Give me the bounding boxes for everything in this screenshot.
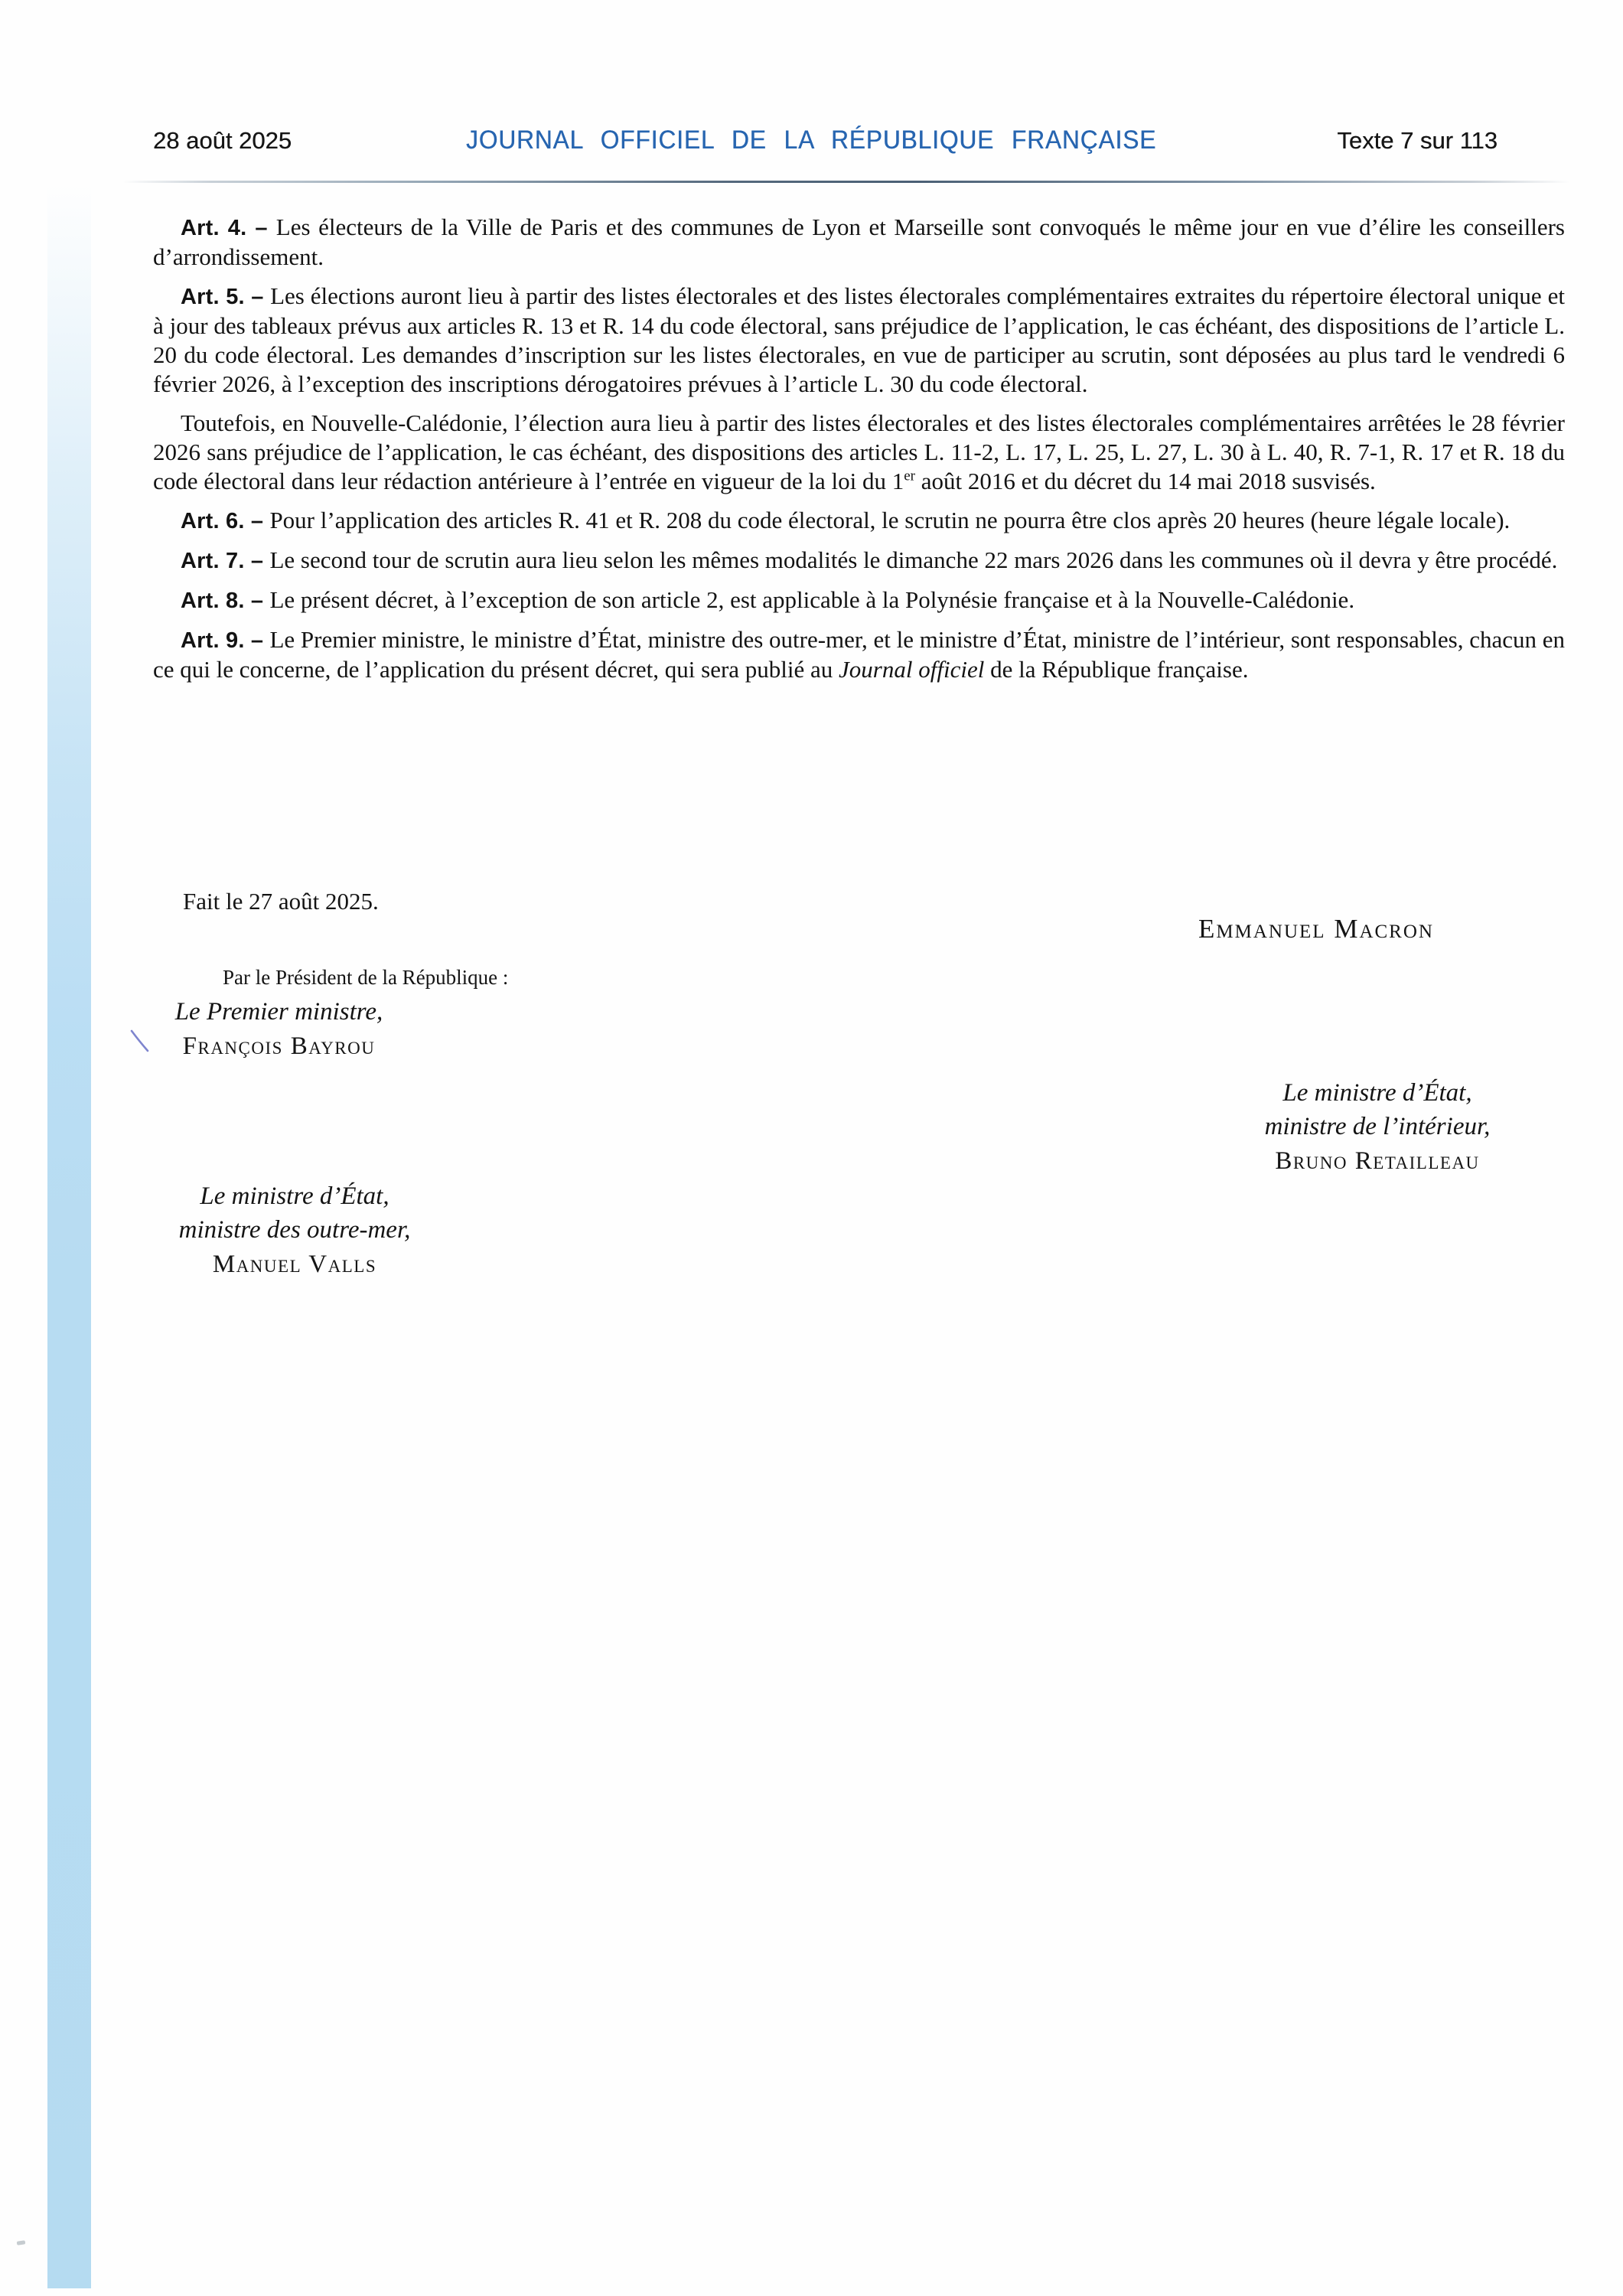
paragraph-text: Pour l’application des articles R. 41 et…: [269, 507, 1510, 533]
article-number-label: Art. 5.: [181, 285, 245, 309]
interior-role-2: ministre de l’intérieur,: [1110, 1110, 1623, 1143]
article-number-label: –: [246, 216, 275, 240]
article-paragraph: Art. 4. – Les électeurs de la Ville de P…: [153, 213, 1565, 272]
italic-text: Journal officiel: [839, 656, 984, 683]
article-paragraph: Art. 9. – Le Premier ministre, le minist…: [153, 625, 1565, 684]
decree-articles: Art. 4. – Les électeurs de la Ville de P…: [153, 213, 1565, 694]
signature-ministre-interieur: Le ministre d’État, ministre de l’intéri…: [1110, 1076, 1623, 1179]
article-paragraph: Art. 6. – Pour l’application des article…: [153, 506, 1565, 536]
interior-name: Bruno Retailleau: [1110, 1143, 1623, 1179]
article-paragraph: Art. 5. – Les élections auront lieu à pa…: [153, 282, 1565, 399]
par-le-president-line: Par le Président de la République :: [223, 966, 508, 990]
article-number-label: Art. 6.: [181, 509, 245, 533]
article-number-label: –: [245, 509, 270, 533]
scan-speck: [17, 2240, 26, 2245]
article-number-label: –: [245, 549, 270, 573]
journal-officiel-page: 28 août 2025 JOURNAL OFFICIEL DE LA RÉPU…: [0, 0, 1623, 2296]
outremer-role-2: ministre des outre-mer,: [65, 1213, 524, 1247]
article-paragraph: Toutefois, en Nouvelle-Calédonie, l’élec…: [153, 409, 1565, 496]
article-number-label: –: [245, 589, 270, 613]
header-rule: [122, 181, 1570, 183]
article-number-label: –: [245, 628, 270, 653]
signature-ministre-outre-mer: Le ministre d’État, ministre des outre-m…: [65, 1179, 524, 1282]
article-paragraph: Art. 8. – Le présent décret, à l’excepti…: [153, 585, 1565, 615]
outremer-role-1: Le ministre d’État,: [65, 1179, 524, 1213]
header-texte-number: Texte 7 sur 113: [1337, 127, 1498, 155]
header-title-text: JOURNAL OFFICIEL DE LA RÉPUBLIQUE FRANÇA…: [466, 126, 1156, 155]
article-number-label: Art. 7.: [181, 549, 245, 573]
article-paragraph: Art. 7. – Le second tour de scrutin aura…: [153, 546, 1565, 576]
article-number-label: Art. 8.: [181, 589, 245, 613]
article-number-label: Art. 9.: [181, 628, 245, 653]
pm-name: François Bayrou: [70, 1029, 487, 1064]
paragraph-text: Le présent décret, à l’exception de son …: [269, 586, 1354, 613]
signature-premier-ministre: Le Premier ministre, François Bayrou: [70, 995, 487, 1064]
paragraph-text: de la République française.: [984, 656, 1248, 683]
paragraph-text: Les élections auront lieu à partir des l…: [153, 282, 1565, 397]
superscript-text: er: [904, 468, 915, 484]
pm-role: Le Premier ministre,: [70, 995, 487, 1029]
fait-line: Fait le 27 août 2025.: [183, 888, 379, 915]
interior-role-1: Le ministre d’État,: [1110, 1076, 1623, 1110]
paragraph-text: Le second tour de scrutin aura lieu selo…: [269, 546, 1557, 573]
outremer-name: Manuel Valls: [65, 1247, 524, 1282]
article-number-label: Art. 4.: [181, 216, 246, 240]
paragraph-text: Les électeurs de la Ville de Paris et de…: [153, 214, 1565, 270]
paragraph-text: août 2016 et du décret du 14 mai 2018 su…: [915, 468, 1376, 494]
article-number-label: –: [245, 285, 270, 309]
signature-president: Emmanuel Macron: [1048, 914, 1584, 944]
